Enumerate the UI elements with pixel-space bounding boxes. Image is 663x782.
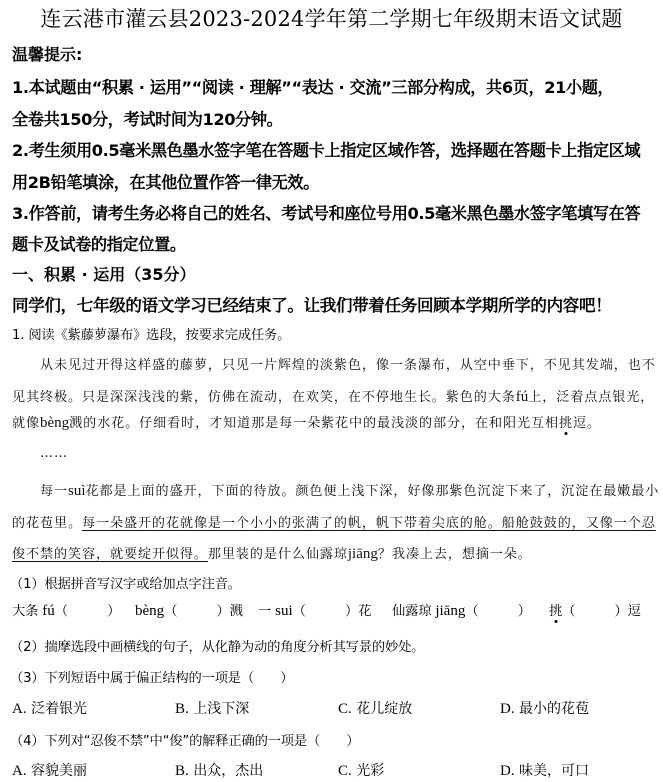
option-letter: D.: [500, 763, 515, 779]
option-d[interactable]: D. 最小的花苞: [500, 698, 589, 718]
exam-page: 连云港市灌云县2023-2024学年第二学期七年级期末语文试题 温馨提示: 1.…: [0, 0, 663, 782]
pinyin-item: 大条 fú（ ）: [12, 600, 120, 620]
passage-line: 每一suì花都是上面的盛开，下面的待放。颜色便上浅下深，好像那紫色沉淀下来了，沉…: [40, 480, 659, 500]
option-letter: A.: [12, 763, 27, 779]
option-text: 光彩: [356, 763, 384, 779]
option-c[interactable]: C. 花儿绽放: [338, 698, 412, 718]
option-text: 上浅下深: [193, 701, 249, 717]
passage-line: 从未见过开得这样盛的藤萝，只见一片辉煌的淡紫色，像一条瀑布，从空中垂下，不见其发…: [40, 354, 656, 373]
passage-line: 见其终极。只是深深浅浅的紫，仿佛在流动，在欢笑，在不停地生长。紫色的大条fú上，…: [12, 386, 654, 406]
tip-line: 全卷共150分，考试时间为120分钟。: [12, 106, 282, 130]
option-letter: B.: [175, 701, 189, 717]
pinyin-item: 一 sui（ ）花: [258, 600, 371, 620]
option-letter: C.: [338, 763, 352, 779]
pinyin: jiāng: [348, 546, 378, 562]
passage-text: 上，泛着点点银光，: [528, 390, 654, 405]
passage-text: 每一: [40, 484, 68, 499]
option-text: 花儿绽放: [356, 701, 412, 717]
exam-title: 连云港市灌云县2023-2024学年第二学期七年级期末语文试题: [0, 3, 663, 33]
option-text: 味美，可口: [519, 763, 589, 779]
option-letter: D.: [500, 701, 515, 717]
subquestion-2-prompt: （2）揣摩选段中画横线的句子，从化静为动的角度分析其写景的妙处。: [10, 636, 424, 655]
answer-blank[interactable]: （ ）: [55, 604, 120, 619]
passage-text: ？我凑上去，想摘一朵。: [378, 547, 532, 562]
tips-heading: 温馨提示:: [12, 42, 82, 65]
option-c[interactable]: C. 光彩: [338, 760, 384, 780]
dotted-character: 挑: [549, 604, 562, 619]
passage-ellipsis: ……: [40, 446, 68, 461]
tip-line: 1.本试题由“积累 · 运用”“阅读 · 理解”“表达 · 交流”三部分构成，共…: [12, 74, 613, 98]
pinyin-item: bèng（ ）溅: [135, 600, 243, 620]
pinyin: sui: [275, 603, 293, 619]
passage-text: 那里装的是什么仙露琼: [208, 547, 348, 562]
dotted-character: 挑: [559, 416, 573, 431]
passage-text: 见其终极。只是深深浅浅的紫，仿佛在流动，在欢笑，在不停地生长。紫色的大条: [12, 390, 516, 405]
option-a[interactable]: A. 泛着银光: [12, 698, 87, 718]
tip-line: 题卡及试卷的指定位置。: [12, 231, 186, 255]
subquestion-4-prompt: （4）下列对“忍俊不禁”中“俊”的解释正确的一项是（ ）: [10, 730, 359, 749]
option-text: 最小的花苞: [519, 701, 589, 717]
passage-line: 的花苞里。每一朵盛开的花就像是一个小小的张满了的帆，帆下带着尖底的舱。船舱鼓鼓的…: [12, 512, 656, 531]
item-prefix: 仙露琼: [392, 604, 431, 619]
item-prefix: 大条: [12, 604, 38, 619]
tip-line: 用2B铅笔填涂，在其他位置作答一律无效。: [12, 169, 319, 193]
underlined-sentence: 每一朵盛开的花就像是一个小小的张满了的帆，帆下带着尖底的舱。船舱鼓鼓的，又像一个…: [82, 516, 656, 531]
passage-text: 逗。: [573, 416, 601, 431]
pinyin: jiāng: [435, 603, 465, 619]
item-suffix: 逗: [628, 604, 641, 619]
pinyin: bèng: [40, 415, 69, 431]
option-letter: B.: [175, 763, 189, 779]
option-b[interactable]: B. 上浅下深: [175, 698, 249, 718]
passage-line: 就像bèng溅的水花。仔细看时，才知道那是每一朵紫花中的最浅淡的部分，在和阳光互…: [12, 412, 601, 432]
section-heading: 一、积累 · 运用（35分）: [12, 262, 196, 285]
pinyin-item: 挑（ ）逗: [549, 600, 641, 619]
pinyin-item: 仙露琼 jiāng（ ）: [392, 600, 531, 620]
answer-blank[interactable]: （ ）: [465, 604, 530, 619]
tip-line: 3.作答前，请考生务必将自己的姓名、考试号和座位号用0.5毫米黑色墨水签字笔填写…: [12, 200, 640, 224]
underlined-sentence: 俊不禁的笑容，就要绽开似得。: [12, 547, 208, 562]
subquestion-3-prompt: （3）下列短语中属于偏正结构的一项是（ ）: [10, 667, 293, 686]
item-suffix: 溅: [230, 604, 243, 619]
answer-blank[interactable]: （ ）: [562, 604, 627, 619]
pinyin: suì: [68, 483, 86, 499]
tip-line: 2.考生须用0.5毫米黑色墨水签字笔在答题卡上指定区域作答，选择题在答题卡上指定…: [12, 137, 640, 161]
question-1-prompt: 1. 阅读《紫藤萝瀑布》选段，按要求完成任务。: [12, 324, 290, 343]
pinyin: fú: [42, 603, 55, 619]
item-suffix: 花: [358, 604, 371, 619]
passage-text: 溅的水花。仔细看时，才知道那是每一朵紫花中的最浅淡的部分，在和阳光互相: [69, 416, 559, 431]
option-text: 泛着银光: [31, 701, 87, 717]
passage-line: 俊不禁的笑容，就要绽开似得。那里装的是什么仙露琼jiāng？我凑上去，想摘一朵。: [12, 543, 532, 563]
section-intro: 同学们，七年级的语文学习已经结束了。让我们带着任务回顾本学期所学的内容吧！: [12, 292, 611, 316]
option-text: 出众，杰出: [193, 763, 263, 779]
passage-text: 就像: [12, 416, 40, 431]
passage-text: 的花苞里。: [12, 516, 82, 531]
option-letter: C.: [338, 701, 352, 717]
option-d[interactable]: D. 味美，可口: [500, 760, 589, 780]
answer-blank[interactable]: （ ）: [164, 604, 229, 619]
option-a[interactable]: A. 容貌美丽: [12, 760, 87, 780]
subquestion-1-prompt: （1）根据拼音写汉字或给加点字注音。: [10, 573, 241, 592]
pinyin: bèng: [135, 603, 164, 619]
item-prefix: 一: [258, 604, 271, 619]
passage-text: 花都是上面的盛开，下面的待放。颜色便上浅下深，好像那紫色沉淀下来了，沉淀在最嫩最…: [86, 484, 660, 499]
answer-blank[interactable]: （ ）: [293, 604, 358, 619]
option-letter: A.: [12, 701, 27, 717]
option-text: 容貌美丽: [31, 763, 87, 779]
option-b[interactable]: B. 出众，杰出: [175, 760, 263, 780]
pinyin: fú: [516, 389, 529, 405]
